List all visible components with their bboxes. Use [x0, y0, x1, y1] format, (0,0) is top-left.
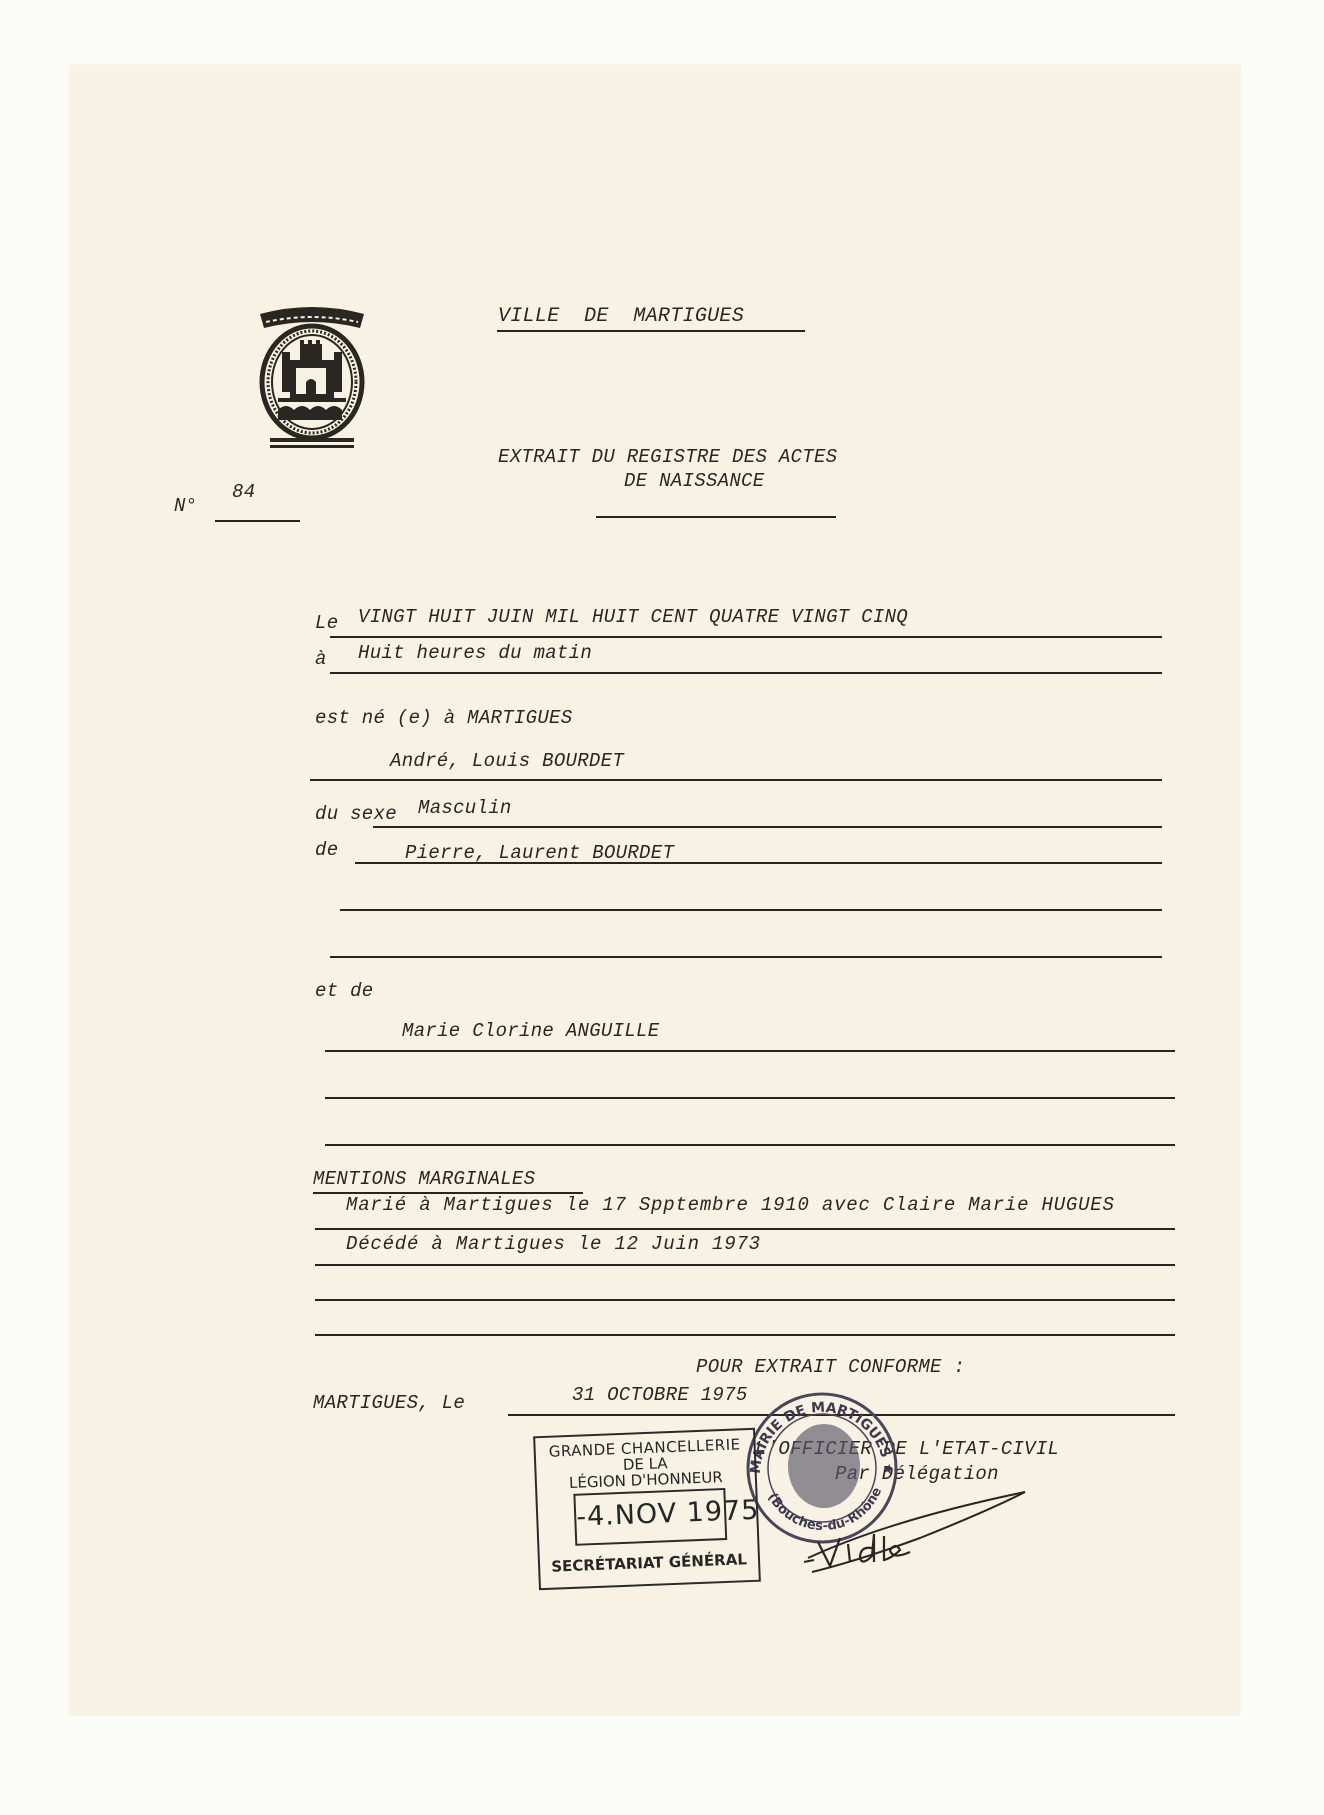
stamp-date: -4.NOV 1975 — [576, 1496, 725, 1533]
mother-line-1 — [325, 1050, 1175, 1052]
stamp-footer: SECRÉTARIAT GÉNÉRAL — [546, 1550, 753, 1576]
birth-date-label: Le — [315, 612, 338, 634]
castle-coat-of-arms-icon — [252, 302, 372, 452]
mentions-title: MENTIONS MARGINALES — [313, 1168, 535, 1190]
legion-honneur-stamp: GRANDE CHANCELLERIE DE LA LÉGION D'HONNE… — [533, 1428, 761, 1590]
mother-line-2 — [325, 1097, 1175, 1099]
mention-line-4 — [315, 1334, 1175, 1336]
birth-date-value: VINGT HUIT JUIN MIL HUIT CENT QUATRE VIN… — [358, 606, 908, 628]
child-name-line — [310, 779, 1162, 781]
mention-line-1 — [315, 1228, 1175, 1230]
city-title: VILLE DE MARTIGUES — [498, 305, 744, 328]
birth-time-label: à — [315, 648, 327, 670]
mention-entry-1: Marié à Martigues le 17 Spptembre 1910 a… — [346, 1194, 1115, 1216]
mother-line-3 — [325, 1144, 1175, 1146]
father-name: Pierre, Laurent BOURDET — [405, 842, 674, 864]
record-number-label: N° — [174, 495, 197, 517]
father-line-2 — [340, 909, 1162, 911]
father-label: de — [315, 839, 338, 861]
issue-place-label: MARTIGUES, Le — [313, 1392, 465, 1414]
register-title-line2: DE NAISSANCE — [624, 470, 764, 492]
birth-time-value: Huit heures du matin — [358, 642, 592, 664]
issue-date: 31 OCTOBRE 1975 — [572, 1384, 748, 1406]
register-title-underline — [596, 516, 836, 518]
sex-line — [373, 826, 1162, 828]
birth-date-line — [330, 636, 1162, 638]
father-line-3 — [330, 956, 1162, 958]
signature-icon — [800, 1480, 1040, 1590]
mother-label: et de — [315, 980, 374, 1002]
record-number-line — [215, 520, 300, 522]
conformity-statement: POUR EXTRAIT CONFORME : — [696, 1356, 965, 1378]
mention-entry-2: Décédé à Martigues le 12 Juin 1973 — [346, 1233, 761, 1255]
register-title-line1: EXTRAIT DU REGISTRE DES ACTES — [498, 446, 837, 468]
father-line-1 — [355, 862, 1162, 864]
child-name: André, Louis BOURDET — [390, 750, 624, 772]
mention-line-2 — [315, 1264, 1175, 1266]
record-number-value: 84 — [232, 481, 255, 503]
city-title-underline — [497, 330, 805, 332]
sex-value: Masculin — [418, 797, 512, 819]
stamp-date-box: -4.NOV 1975 — [573, 1488, 727, 1546]
mother-name: Marie Clorine ANGUILLE — [402, 1020, 659, 1042]
birth-place-label: est né (e) à MARTIGUES — [315, 707, 572, 729]
sex-label: du sexe — [315, 803, 397, 825]
birth-time-line — [330, 672, 1162, 674]
mention-line-3 — [315, 1299, 1175, 1301]
